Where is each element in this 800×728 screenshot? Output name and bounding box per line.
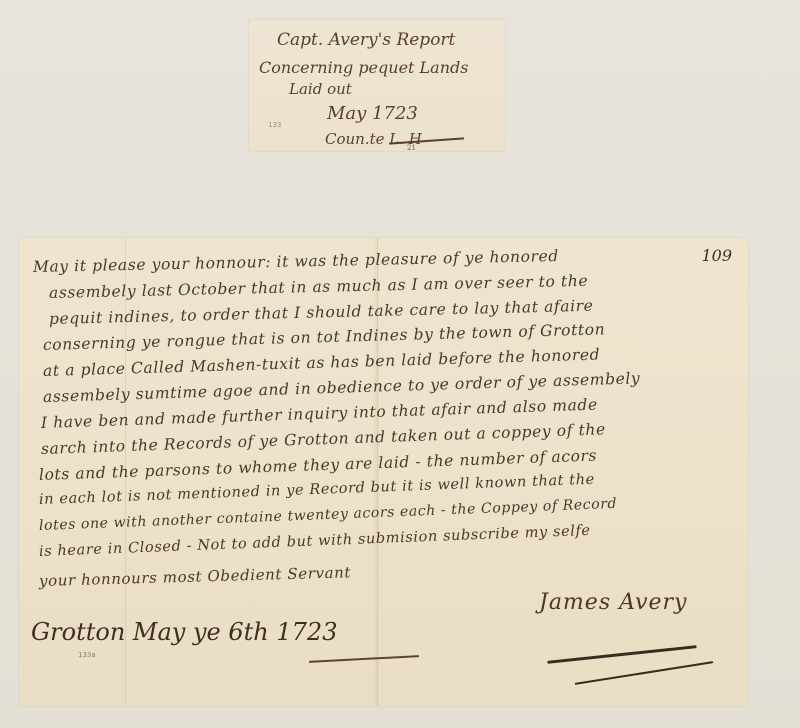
dateline-underline (309, 655, 419, 662)
archive-number: 133a (78, 651, 96, 659)
page-number: 109 (701, 246, 732, 265)
docket-subject-cont: Laid out (289, 80, 352, 98)
closing-line: your honnours most Obedient Servant (39, 563, 352, 590)
letter-page: 109 May it please your honnour: it was t… (19, 238, 748, 706)
docket-title: Capt. Avery's Report (277, 30, 455, 50)
signature-flourish (547, 645, 696, 664)
letter-line: assembely last October that in as much a… (49, 272, 589, 302)
docket-small-number: 21 (407, 144, 416, 152)
docket-pencil-number: 133 (268, 121, 281, 129)
signature: James Avery (539, 590, 688, 615)
dateline: Grotton May ye 6th 1723 (31, 618, 337, 646)
docket-subject: Concerning pequet Lands (259, 58, 468, 77)
docket-label: Capt. Avery's Report Concerning pequet L… (249, 20, 505, 151)
signature-flourish (575, 661, 714, 685)
docket-date: May 1723 (327, 103, 418, 124)
letter-line: May it please your honnour: it was the p… (33, 247, 559, 276)
